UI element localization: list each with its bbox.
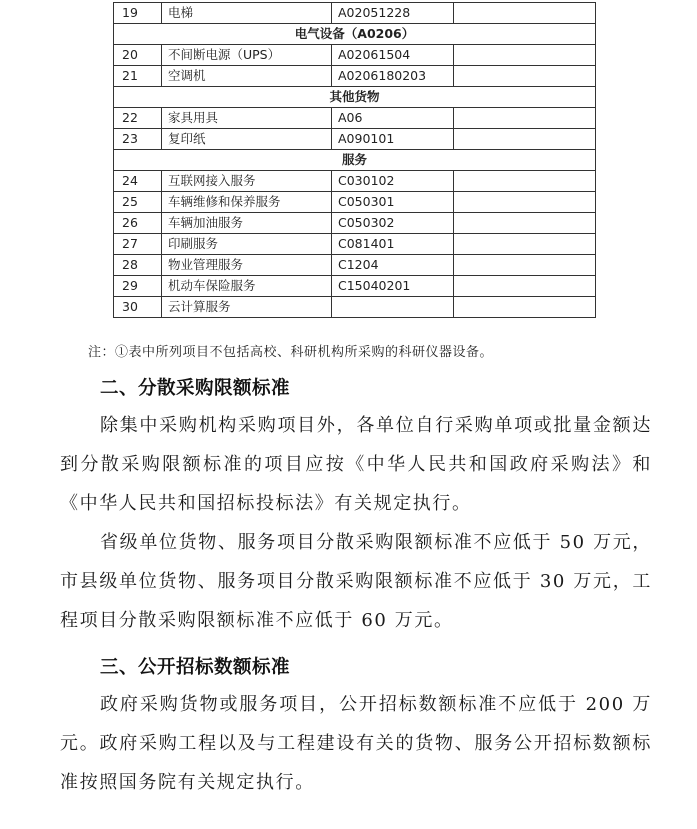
- table-row: 19 电梯 A02051228: [114, 3, 596, 24]
- row-number: 21: [114, 66, 162, 87]
- category-label: 服务: [114, 150, 596, 171]
- item-code: C050302: [332, 213, 454, 234]
- row-number: 28: [114, 255, 162, 276]
- item-extra: [454, 297, 596, 318]
- row-number: 25: [114, 192, 162, 213]
- section-heading-public-tender-threshold: 三、公开招标数额标准: [100, 653, 290, 679]
- item-name: 互联网接入服务: [162, 171, 332, 192]
- paragraph: 政府采购货物或服务项目，公开招标数额标准不应低于 200 万元。政府采购工程以及…: [60, 685, 652, 802]
- item-extra: [454, 255, 596, 276]
- item-code: C1204: [332, 255, 454, 276]
- item-code: A0206180203: [332, 66, 454, 87]
- item-name: 车辆维修和保养服务: [162, 192, 332, 213]
- category-label: 其他货物: [114, 87, 596, 108]
- table-footnote: 注：①表中所列项目不包括高校、科研机构所采购的科研仪器设备。: [88, 341, 493, 360]
- table-row: 29 机动车保险服务 C15040201: [114, 276, 596, 297]
- category-row: 其他货物: [114, 87, 596, 108]
- item-extra: [454, 66, 596, 87]
- section-heading-decentralized-procurement: 二、分散采购限额标准: [100, 374, 290, 400]
- item-extra: [454, 234, 596, 255]
- item-extra: [454, 129, 596, 150]
- item-name: 不间断电源（UPS）: [162, 45, 332, 66]
- item-extra: [454, 3, 596, 24]
- table-row: 28 物业管理服务 C1204: [114, 255, 596, 276]
- table-row: 21 空调机 A0206180203: [114, 66, 596, 87]
- item-extra: [454, 108, 596, 129]
- table-row: 25 车辆维修和保养服务 C050301: [114, 192, 596, 213]
- category-label: 电气设备（A0206）: [114, 24, 596, 45]
- item-name: 云计算服务: [162, 297, 332, 318]
- item-code: A090101: [332, 129, 454, 150]
- item-code: A02051228: [332, 3, 454, 24]
- row-number: 26: [114, 213, 162, 234]
- row-number: 24: [114, 171, 162, 192]
- category-row: 服务: [114, 150, 596, 171]
- item-extra: [454, 45, 596, 66]
- item-name: 家具用具: [162, 108, 332, 129]
- table-row: 22 家具用具 A06: [114, 108, 596, 129]
- table-body: 19 电梯 A02051228 电气设备（A0206） 20 不间断电源（UPS…: [114, 3, 596, 318]
- row-number: 20: [114, 45, 162, 66]
- paragraph: 省级单位货物、服务项目分散采购限额标准不应低于 50 万元，市县级单位货物、服务…: [60, 523, 652, 640]
- item-name: 机动车保险服务: [162, 276, 332, 297]
- item-extra: [454, 213, 596, 234]
- category-row: 电气设备（A0206）: [114, 24, 596, 45]
- item-name: 物业管理服务: [162, 255, 332, 276]
- procurement-catalog-table-wrapper: 19 电梯 A02051228 电气设备（A0206） 20 不间断电源（UPS…: [113, 2, 595, 318]
- row-number: 19: [114, 3, 162, 24]
- item-name: 车辆加油服务: [162, 213, 332, 234]
- item-code: C030102: [332, 171, 454, 192]
- item-code: C15040201: [332, 276, 454, 297]
- item-name: 电梯: [162, 3, 332, 24]
- table-row: 24 互联网接入服务 C030102: [114, 171, 596, 192]
- item-name: 复印纸: [162, 129, 332, 150]
- row-number: 22: [114, 108, 162, 129]
- row-number: 27: [114, 234, 162, 255]
- table-row: 20 不间断电源（UPS） A02061504: [114, 45, 596, 66]
- row-number: 23: [114, 129, 162, 150]
- item-code: A06: [332, 108, 454, 129]
- item-code: A02061504: [332, 45, 454, 66]
- section-body-public-tender-threshold: 政府采购货物或服务项目，公开招标数额标准不应低于 200 万元。政府采购工程以及…: [60, 685, 652, 802]
- table-row: 23 复印纸 A090101: [114, 129, 596, 150]
- item-code: C050301: [332, 192, 454, 213]
- table-row: 26 车辆加油服务 C050302: [114, 213, 596, 234]
- item-extra: [454, 171, 596, 192]
- paragraph: 除集中采购机构采购项目外，各单位自行采购单项或批量金额达到分散采购限额标准的项目…: [60, 406, 652, 523]
- section-body-decentralized-procurement: 除集中采购机构采购项目外，各单位自行采购单项或批量金额达到分散采购限额标准的项目…: [60, 406, 652, 640]
- item-name: 空调机: [162, 66, 332, 87]
- item-code: C081401: [332, 234, 454, 255]
- table-row: 30 云计算服务: [114, 297, 596, 318]
- item-extra: [454, 192, 596, 213]
- row-number: 30: [114, 297, 162, 318]
- item-name: 印刷服务: [162, 234, 332, 255]
- item-extra: [454, 276, 596, 297]
- item-code: [332, 297, 454, 318]
- row-number: 29: [114, 276, 162, 297]
- table-row: 27 印刷服务 C081401: [114, 234, 596, 255]
- procurement-catalog-table: 19 电梯 A02051228 电气设备（A0206） 20 不间断电源（UPS…: [113, 2, 596, 318]
